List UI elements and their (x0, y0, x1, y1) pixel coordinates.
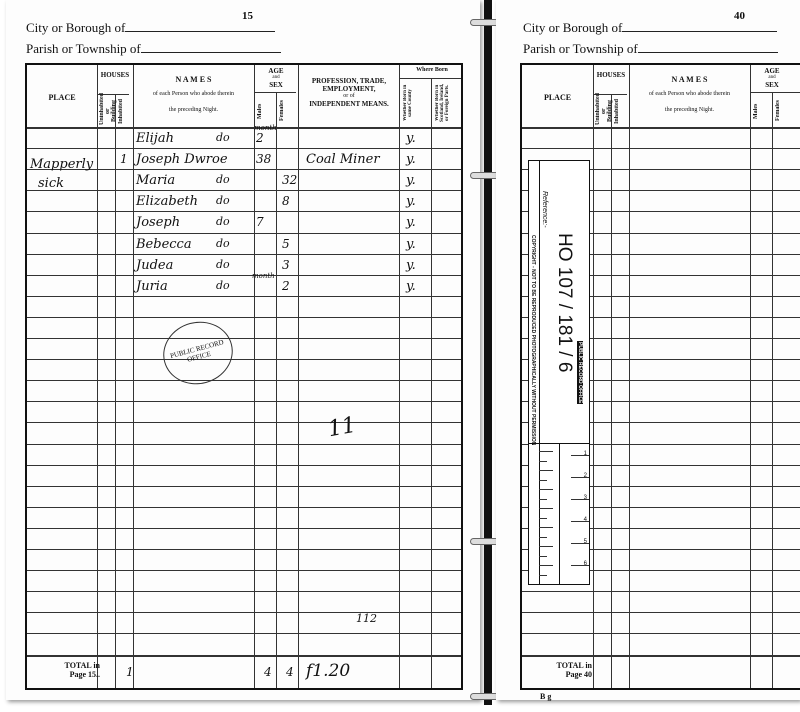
row-line (27, 422, 461, 423)
total-label: TOTAL in Page 15.. (28, 661, 100, 679)
col-where-born-header: Where Born (399, 67, 465, 74)
row-line (27, 275, 461, 276)
col-females-header: Females (279, 99, 295, 123)
margin-note-112: 112 (356, 612, 377, 625)
ruler-number: 3 (584, 495, 587, 501)
born-in-county: y. (406, 173, 416, 188)
ruler-number: 2 (584, 473, 587, 479)
col-age-sex-header: AGE and SEX (750, 67, 794, 89)
born-in-county: y. (406, 279, 416, 294)
male-age: 7 (256, 215, 264, 229)
col-age-sex-header: AGE and SEX (254, 67, 298, 89)
row-line (522, 633, 800, 634)
inhabited-count: 1 (120, 152, 128, 166)
row-line (27, 296, 461, 297)
female-age: 8 (282, 194, 290, 208)
parish-township-field: Parish or Township of (523, 41, 778, 57)
parish-township-field: Parish or Township of (26, 41, 281, 57)
reference-code: HO 107 / 181 / 6 (553, 233, 575, 372)
col-uninhabited-header: Uninhabited or Building (595, 97, 609, 125)
row-line (27, 359, 461, 360)
person-name: Joseph (136, 215, 180, 230)
row-line (27, 591, 461, 592)
ditto-mark: do (216, 194, 230, 207)
ditto-mark: do (216, 131, 230, 144)
row-line (27, 507, 461, 508)
age-unit-note: month (252, 272, 275, 280)
female-age: 3 (282, 258, 290, 272)
born-in-county: y. (406, 215, 416, 230)
place-entry-note: sick (38, 176, 64, 191)
profession: Coal Miner (306, 152, 380, 167)
book-spine (484, 0, 492, 705)
ditto-mark: do (216, 237, 230, 250)
total-note: f1.20 (306, 661, 350, 681)
reference-caption: Reference:- (541, 191, 548, 228)
age-unit-note: month (254, 124, 277, 132)
footer-mark: B g (540, 692, 551, 701)
row-line (27, 401, 461, 402)
row-line (27, 570, 461, 571)
ruler-number: 5 (584, 539, 587, 545)
ditto-mark: do (216, 258, 230, 271)
measurement-ruler: 123456 (539, 443, 589, 584)
row-line (27, 148, 461, 149)
col-houses-header: HOUSES (593, 71, 629, 79)
born-in-county: y. (406, 258, 416, 273)
person-name: Elijah (136, 131, 174, 146)
female-age: 5 (282, 237, 290, 251)
born-in-county: y. (406, 152, 416, 167)
row-line (27, 233, 461, 234)
copyright-notice: COPYRIGHT - NOT TO BE REPRODUCED PHOTOGR… (530, 235, 536, 445)
row-line (27, 338, 461, 339)
total-males: 4 (264, 665, 272, 679)
row-line (27, 528, 461, 529)
row-line (27, 549, 461, 550)
row-line (27, 190, 461, 191)
row-line (27, 633, 461, 634)
row-line (522, 148, 800, 149)
row-line (522, 612, 800, 613)
ditto-mark: do (216, 173, 230, 186)
ruler-number: 6 (584, 561, 587, 567)
row-line (27, 612, 461, 613)
row-line (522, 591, 800, 592)
col-males-header: Males (753, 99, 769, 123)
row-line (27, 317, 461, 318)
total-females: 4 (286, 665, 294, 679)
left-census-page: 15 City or Borough of Parish or Township… (6, 0, 480, 700)
record-office-label: PUBLIC RECORD OFFICE (577, 341, 583, 404)
col-place-header: PLACE (522, 93, 593, 102)
reference-label: Reference:- HO 107 / 181 / 6 PUBLIC RECO… (528, 160, 590, 585)
ruler-number: 4 (584, 517, 587, 523)
born-in-county: y. (406, 237, 416, 252)
row-line (27, 444, 461, 445)
person-name: Bebecca (136, 237, 192, 252)
person-name: Judea (136, 258, 173, 273)
row-line (27, 380, 461, 381)
person-name: Juria (136, 279, 168, 294)
margin-note: 11 (326, 413, 358, 442)
person-name: Elizabeth (136, 194, 198, 209)
col-inhabited-header: Inhabited (614, 97, 628, 125)
col-uninhabited-header: Uninhabited or Building (99, 97, 113, 125)
person-name: Joseph Dwroe (136, 152, 228, 167)
female-age: 2 (282, 279, 290, 293)
female-age: 32 (282, 173, 297, 187)
male-age: 38 (256, 152, 271, 166)
col-males-header: Males (257, 99, 273, 123)
col-names-header: N A M E S (133, 75, 254, 84)
born-in-county: y. (406, 194, 416, 209)
col-born-foreign-header: Whether Born in Scotland, Ireland, or Fo… (435, 82, 461, 124)
col-inhabited-header: Inhabited (118, 97, 132, 125)
ditto-mark: do (216, 279, 230, 292)
total-label: TOTAL in Page 40 (522, 661, 592, 679)
person-name: Maria (136, 173, 175, 188)
ditto-mark: do (216, 215, 230, 228)
col-houses-header: HOUSES (97, 71, 133, 79)
col-females-header: Females (775, 99, 791, 123)
male-age: 2 (256, 131, 264, 145)
total-inhabited: 1 (126, 665, 134, 679)
place-entry: Mapperly (30, 157, 93, 172)
col-profession-header: PROFESSION, TRADE, EMPLOYMENT, or of IND… (299, 77, 399, 108)
city-borough-field: City or Borough of (26, 20, 275, 36)
col-place-header: PLACE (27, 93, 97, 102)
ruler-number: 1 (584, 451, 587, 457)
born-in-county: y. (406, 131, 416, 146)
row-line (27, 254, 461, 255)
col-born-county-header: Whether Born in same County (403, 82, 427, 124)
row-line (27, 465, 461, 466)
city-borough-field: City or Borough of (523, 20, 777, 36)
col-names-header: N A M E S (629, 75, 750, 84)
row-line (27, 486, 461, 487)
row-line (27, 211, 461, 212)
